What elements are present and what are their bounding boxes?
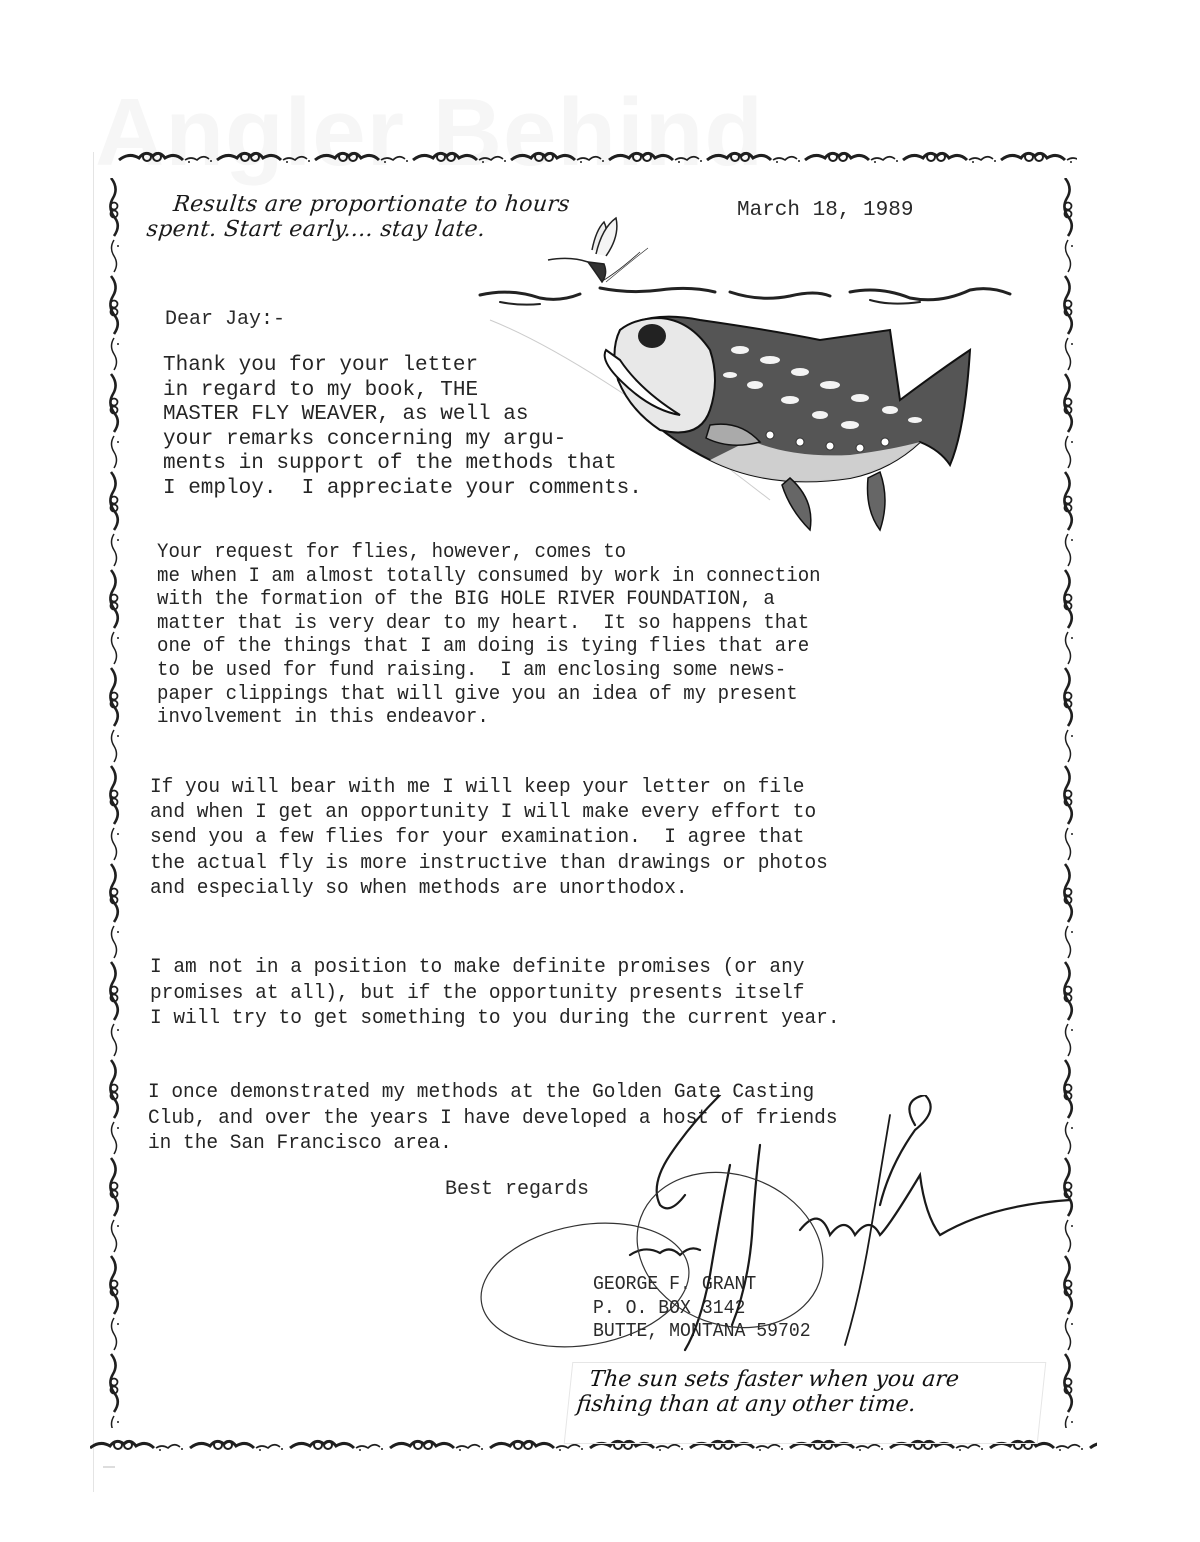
ornamental-border-left xyxy=(105,178,123,1428)
paragraph-3: If you will bear with me I will keep you… xyxy=(150,775,828,901)
paragraph-4: I am not in a position to make definite … xyxy=(150,955,840,1032)
paragraph-5: I once demonstrated my methods at the Go… xyxy=(148,1080,838,1157)
motto-bottom-line1: The sun sets faster when you are xyxy=(570,1363,1045,1392)
sender-block: GEORGE F. GRANT P. O. BOX 3142 BUTTE, MO… xyxy=(593,1273,811,1344)
ornamental-border-top xyxy=(105,148,1077,166)
page-mark xyxy=(103,1466,115,1468)
motto-bottom: The sun sets faster when you are fishing… xyxy=(564,1362,1047,1444)
page-edge-line xyxy=(93,152,94,1492)
ornamental-border-right xyxy=(1059,178,1077,1428)
paragraph-2: Your request for flies, however, comes t… xyxy=(157,541,821,730)
sender-address-line1: P. O. BOX 3142 xyxy=(593,1297,745,1319)
motto-top-line2: spent. Start early.... stay late. xyxy=(145,217,486,242)
paragraph-1: Thank you for your letter in regard to m… xyxy=(163,354,642,501)
salutation: Dear Jay:- xyxy=(165,308,285,331)
sender-name: GEORGE F. GRANT xyxy=(593,1273,756,1295)
motto-bottom-line2: fishing than at any other time. xyxy=(568,1392,1043,1417)
sender-address-line2: BUTTE, MONTANA 59702 xyxy=(593,1320,811,1342)
closing: Best regards xyxy=(445,1178,589,1201)
